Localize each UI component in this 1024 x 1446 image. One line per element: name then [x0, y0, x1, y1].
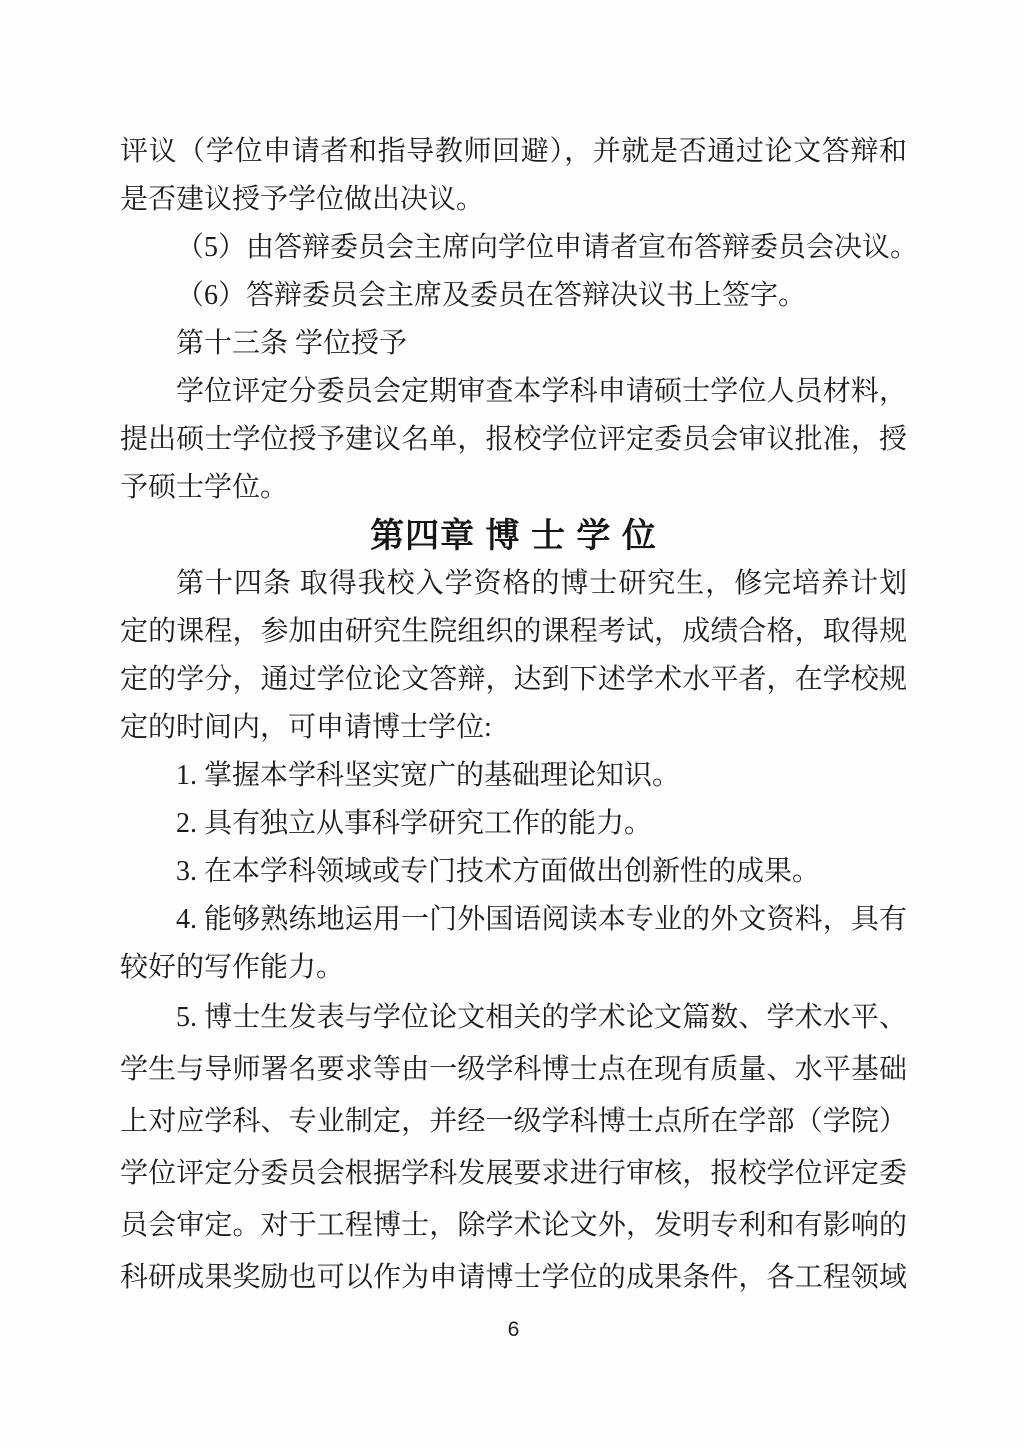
text-line: 是否建议授予学位做出决议。	[120, 176, 907, 224]
defense-decision-paragraph-continuation: 评议（学位申请者和指导教师回避），并就是否通过论文答辩和是否建议授予学位做出决议…	[120, 128, 907, 224]
article-13-title: 第十三条 学位授予	[120, 320, 907, 368]
text-line: （5）由答辩委员会主席向学位申请者宣布答辩委员会决议。	[120, 224, 907, 272]
requirement-1: 1. 掌握本学科坚实宽广的基础理论知识。	[120, 752, 907, 800]
item-5-defense-committee: （5）由答辩委员会主席向学位申请者宣布答辩委员会决议。	[120, 224, 907, 272]
text-line: 2. 具有独立从事科学研究工作的能力。	[120, 800, 907, 848]
text-line: 5. 博士生发表与学位论文相关的学术论文篇数、学术水平、	[120, 992, 907, 1044]
text-line: 员会审定。对于工程博士，除学术论文外，发明专利和有影响的	[120, 1200, 907, 1252]
requirement-2: 2. 具有独立从事科学研究工作的能力。	[120, 800, 907, 848]
text-line: （6）答辩委员会主席及委员在答辩决议书上签字。	[120, 272, 907, 320]
text-line: 学位评定分委员会根据学科发展要求进行审核，报校学位评定委	[120, 1148, 907, 1200]
text-line: 提出硕士学位授予建议名单，报校学位评定委员会审议批准，授	[120, 416, 907, 464]
text-line: 较好的写作能力。	[120, 944, 907, 992]
text-line: 第十三条 学位授予	[120, 320, 907, 368]
text-line: 1. 掌握本学科坚实宽广的基础理论知识。	[120, 752, 907, 800]
text-line: 科研成果奖励也可以作为申请博士学位的成果条件，各工程领域	[120, 1252, 907, 1304]
requirement-4: 4. 能够熟练地运用一门外国语阅读本专业的外文资料，具有较好的写作能力。	[120, 896, 907, 992]
text-line: 上对应学科、专业制定，并经一级学科博士点所在学部（学院）	[120, 1096, 907, 1148]
requirement-3: 3. 在本学科领域或专门技术方面做出创新性的成果。	[120, 848, 907, 896]
text-line: 予硕士学位。	[120, 464, 907, 512]
text-line: 学生与导师署名要求等由一级学科博士点在现有质量、水平基础	[120, 1044, 907, 1096]
text-line: 学位评定分委员会定期审查本学科申请硕士学位人员材料，	[120, 368, 907, 416]
requirement-5: 5. 博士生发表与学位论文相关的学术论文篇数、学术水平、学生与导师署名要求等由一…	[120, 992, 907, 1304]
document-content: 评议（学位申请者和指导教师回避），并就是否通过论文答辩和是否建议授予学位做出决议…	[120, 128, 907, 1304]
text-line: 评议（学位申请者和指导教师回避），并就是否通过论文答辩和	[120, 128, 907, 176]
text-line: 4. 能够熟练地运用一门外国语阅读本专业的外文资料，具有	[120, 896, 907, 944]
text-line: 3. 在本学科领域或专门技术方面做出创新性的成果。	[120, 848, 907, 896]
document-page: 评议（学位申请者和指导教师回避），并就是否通过论文答辩和是否建议授予学位做出决议…	[0, 0, 1024, 1446]
text-line: 定的学分，通过学位论文答辩，达到下述学术水平者，在学校规	[120, 656, 907, 704]
chapter-4-heading: 第四章 博 士 学 位	[120, 512, 907, 560]
text-line: 第十四条 取得我校入学资格的博士研究生，修完培养计划规	[120, 560, 907, 608]
text-line: 定的课程，参加由研究生院组织的课程考试，成绩合格，取得规	[120, 608, 907, 656]
article-13-body: 学位评定分委员会定期审查本学科申请硕士学位人员材料，提出硕士学位授予建议名单，报…	[120, 368, 907, 512]
article-14-body: 第十四条 取得我校入学资格的博士研究生，修完培养计划规定的课程，参加由研究生院组…	[120, 560, 907, 752]
page-number: 6	[120, 1318, 907, 1342]
text-line: 定的时间内，可申请博士学位:	[120, 704, 907, 752]
item-6-defense-committee: （6）答辩委员会主席及委员在答辩决议书上签字。	[120, 272, 907, 320]
